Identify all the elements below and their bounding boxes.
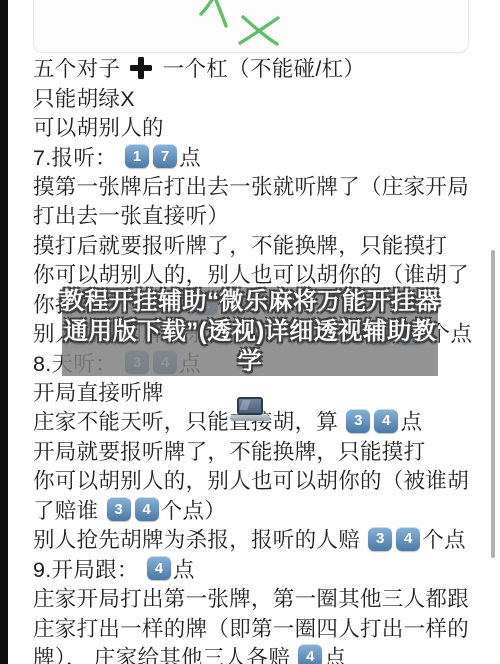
left-edge-bar [0,0,8,664]
watermark-line: 学 [238,347,263,377]
line-text: 五个对子 [33,52,126,83]
text-line: 你可以胡别人的，别人也可以胡你的（被谁胡 [33,465,483,494]
line-text: 你可以胡别人的，别人也可以胡你的（谁胡了 [33,258,469,289]
keycap-1-icon: 1 [125,144,149,168]
line-text: 你可以胡别人的，别人也可以胡你的（被谁胡 [33,464,469,495]
heavy-plus-icon [129,56,153,80]
line-text: 牌）， 庄家给其他三人各赔 [33,641,296,664]
keycap-4-icon: 4 [374,409,398,433]
watermark-overlay: 教程开挂辅助“微乐麻将万能开挂器 通用版下载”(透视)详细透视辅助教 学 [62,287,438,376]
keycap-3-icon: 3 [346,409,370,433]
line-text: 点 [324,641,346,664]
line-text: 一个杠（不能碰/杠） [156,52,365,83]
text-line: 牌）， 庄家给其他三人各赔 4点 [33,642,483,664]
laptop-base [230,415,270,421]
green-x-doodle-icon [180,0,320,55]
line-text: 个点） [161,494,226,525]
text-line: 五个对子 一个杠（不能碰/杠） [33,53,483,82]
watermark-line: 教程开挂辅助“微乐麻将万能开挂器 [60,287,440,317]
text-line: 9.开局跟： 4点 [33,553,483,582]
scrollbar-thumb[interactable] [491,250,495,558]
text-line: 庄家开局打出第一张牌，第一圈其他三人都跟 [33,583,483,612]
watermark-line: 通用版下载”(透视)详细透视辅助教 [64,317,436,347]
keycap-4-icon: 4 [396,527,420,551]
text-line: 只能胡绿X [33,82,483,111]
text-line: 摸打后就要报听牌了，不能换牌，只能摸打 [33,230,483,259]
line-text: 9.开局跟： [33,553,145,584]
screenshot-page: 五个对子 一个杠（不能碰/杠）只能胡绿X可以胡别人的7.报听： 17点摸第一张牌… [0,0,500,664]
line-text: 点 [179,141,201,172]
text-line: 摸第一张牌后打出去一张就听牌了（庄家开局 [33,171,483,200]
text-line: 可以胡别人的 [33,112,483,141]
line-text: 点 [400,405,422,436]
text-line: 打出去一张直接听） [33,200,483,229]
text-line: 别人抢先胡牌为杀报，报听的人赔 34个点 [33,524,483,553]
line-text: 了赔谁 [33,494,105,525]
line-text: 个点 [422,523,466,554]
keycap-3-icon: 3 [107,497,131,521]
text-line: 庄家打出一样的牌（即第一圈四人打出一样的 [33,612,483,641]
text-line: 了赔谁 34个点） [33,495,483,524]
line-text: 只能胡绿X [33,82,135,113]
keycap-4-icon: 4 [298,644,322,664]
line-text: 庄家打出一样的牌（即第一圈四人打出一样的 [33,612,469,643]
text-line: 你可以胡别人的，别人也可以胡你的（谁胡了 [33,259,483,288]
line-text: 点 [173,553,195,584]
keycap-4-icon: 4 [135,497,159,521]
line-text: 开局就要报听牌了，不能换牌，只能摸打 [33,435,425,466]
laptop-icon [230,397,270,421]
line-text: 7.报听： [33,141,123,172]
keycap-4-icon: 4 [147,556,171,580]
text-line: 7.报听： 17点 [33,141,483,170]
line-text: 摸打后就要报听牌了，不能换牌，只能摸打 [33,229,447,260]
line-text: 可以胡别人的 [33,111,164,142]
line-text: 别人抢先胡牌为杀报，报听的人赔 [33,523,366,554]
line-text: 开局直接听牌 [33,376,164,407]
line-text: 庄家开局打出第一张牌，第一圈其他三人都跟 [33,582,469,613]
text-line: 开局就要报听牌了，不能换牌，只能摸打 [33,436,483,465]
keycap-3-icon: 3 [368,527,392,551]
line-text: 庄家不能天听，只能直接胡，算 [33,405,344,436]
line-text: 打出去一张直接听） [33,199,229,230]
keycap-7-icon: 7 [153,144,177,168]
line-text: 摸第一张牌后打出去一张就听牌了（庄家开局 [33,170,469,201]
